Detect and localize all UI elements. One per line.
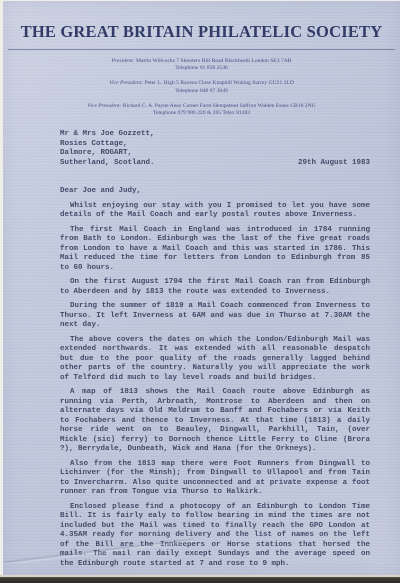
officer-role: President:: [111, 58, 134, 64]
scan-background: THE GREAT BRITAIN PHILATELIC SOCIETY Pre…: [0, 0, 400, 583]
officer-phone: Telephone 048 67 3049: [3, 88, 400, 95]
officer-line: Vice President: Peter L. High 5 Ravens C…: [3, 80, 400, 87]
letter-paragraph: During the summer of 1819 a Mail Coach c…: [60, 302, 370, 331]
letter-body: Mr & Mrs Joe Gozzett, Rosies Cottage, Da…: [60, 130, 370, 569]
officer-role: Vice President:: [109, 80, 143, 86]
letter-page: THE GREAT BRITAIN PHILATELIC SOCIETY Pre…: [3, 1, 400, 575]
letter-paragraph: Also from the 1813 map there were Foot R…: [60, 460, 370, 498]
letter-paragraph: The above covers the dates on which the …: [60, 336, 370, 384]
letter-date: 29th August 1983: [298, 159, 370, 169]
society-title: THE GREAT BRITAIN PHILATELIC SOCIETY: [3, 1, 400, 42]
letter-paragraph: On the first August 1794 the first Mail …: [60, 278, 370, 297]
officer-details: Richard C. A. Payne Anso Corner Farm Hem…: [123, 103, 316, 109]
letter-paragraph: The first Mail Coach in England was intr…: [60, 226, 370, 274]
header-rule: [8, 49, 395, 50]
officer-phone: Telephone 01 858 2546: [3, 65, 400, 72]
salutation: Dear Joe and Judy,: [60, 187, 370, 197]
officer-details: Martin Willcocks 7 Shooters Hill Road Bl…: [136, 58, 292, 64]
letter-paragraph: Whilst enjoying our stay with you I prom…: [60, 202, 370, 221]
address-and-date-row: Mr & Mrs Joe Gozzett, Rosies Cottage, Da…: [60, 130, 370, 168]
officer-line: President: Martin Willcocks 7 Shooters H…: [3, 58, 400, 65]
recipient-block: Mr & Mrs Joe Gozzett, Rosies Cottage, Da…: [60, 130, 155, 168]
officer-entry-vice-president-2: Vice President: Richard C. A. Payne Anso…: [3, 103, 400, 117]
officer-entry-vice-president-1: Vice President: Peter L. High 5 Ravens C…: [3, 80, 400, 94]
officer-role: Vice President:: [87, 103, 121, 109]
officer-line: Vice President: Richard C. A. Payne Anso…: [3, 103, 400, 110]
recipient-line: Rosies Cottage,: [60, 140, 155, 150]
officer-phone: Telephone 079 986 220 & 265 Telex 81483: [3, 110, 400, 117]
officer-entry-president: President: Martin Willcocks 7 Shooters H…: [3, 58, 400, 72]
recipient-line: Dalmore, ROGART,: [60, 149, 155, 159]
recipient-line: Sutherland, Scotland.: [60, 159, 155, 169]
letter-paragraph: Enclosed please find a photocopy of an E…: [60, 503, 370, 570]
officer-details: Peter L. High 5 Ravens Close Knaphill Wo…: [145, 80, 294, 86]
letter-paragraph: A map of 1813 shows the Mail Coach route…: [60, 388, 370, 455]
officers-block: President: Martin Willcocks 7 Shooters H…: [3, 58, 400, 117]
recipient-line: Mr & Mrs Joe Gozzett,: [60, 130, 155, 140]
scan-bottom-edge: [0, 575, 400, 583]
